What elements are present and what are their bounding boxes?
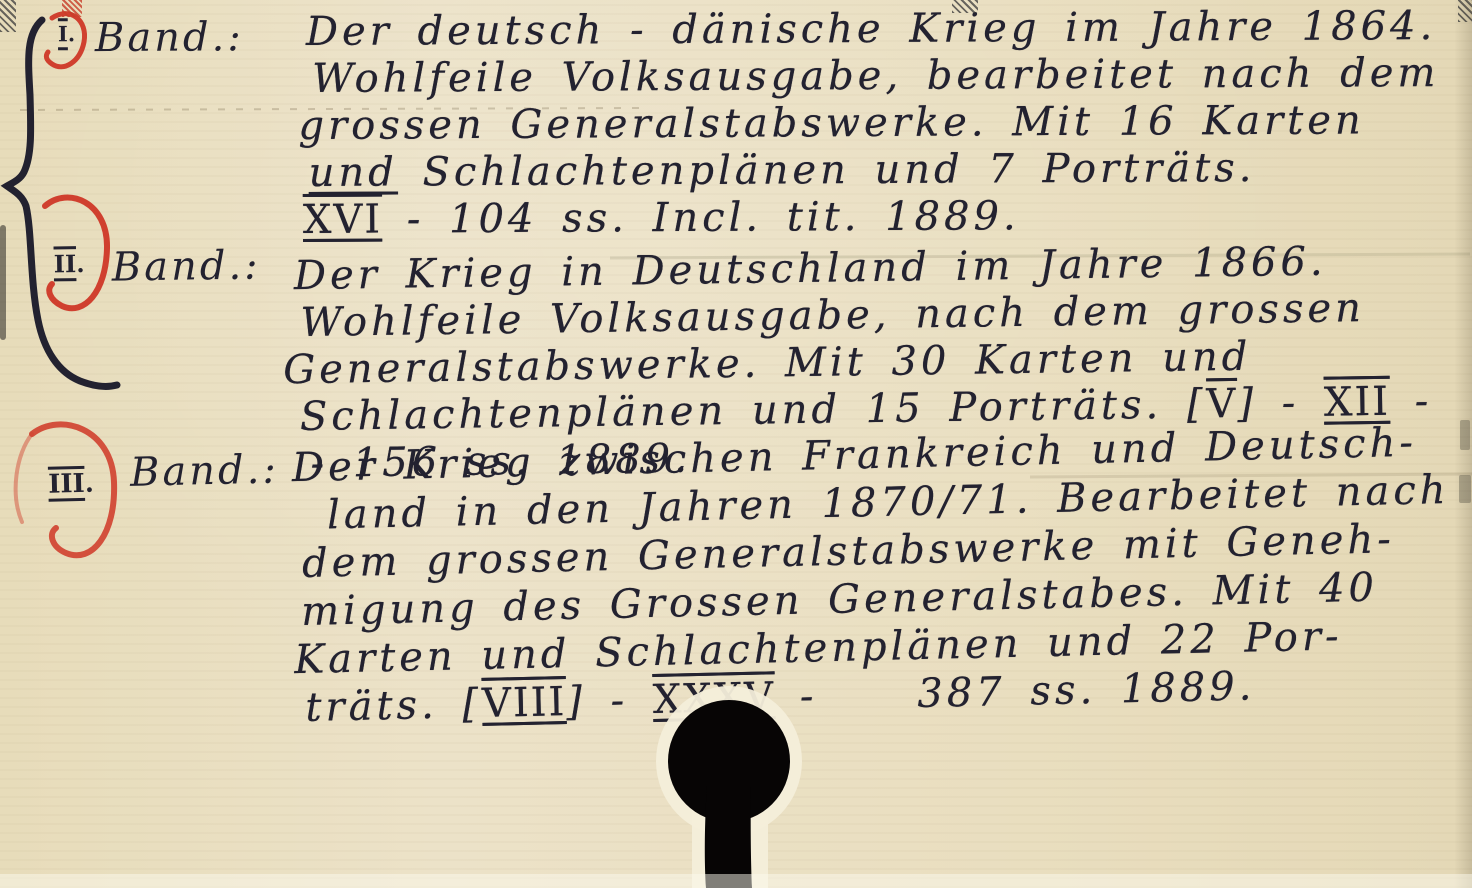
- text-segment: grossen Generalstabswerke. Mit 16 Karten: [298, 97, 1365, 149]
- punch-hole-text-gap: [818, 707, 918, 709]
- scan-artifact-red-hatch: [62, 0, 82, 17]
- handwritten-line: und Schlachtenplänen und 7 Porträts.: [309, 147, 1440, 200]
- roman-numeral-text: I: [58, 21, 68, 46]
- text-segment: 387 ss. 1889.: [917, 663, 1256, 717]
- band-label: Band.:: [95, 14, 244, 61]
- punch-hole-slot: [705, 786, 752, 888]
- roman-numeral-punct: .: [84, 469, 94, 499]
- roman-numeral-punct: .: [76, 249, 85, 278]
- text-segment: -: [1390, 378, 1433, 425]
- text-segment: -: [775, 673, 818, 720]
- text-segment: XXXV: [652, 674, 775, 723]
- text-segment: und: [309, 149, 398, 195]
- handwritten-line: grossen Generalstabswerke. Mit 16 Karten: [298, 100, 1439, 153]
- band-label: Band.:: [111, 243, 260, 291]
- text-segment: ] -: [566, 677, 654, 725]
- entry-text-lines: Der Krieg zwischen Frankreich und Deutsc…: [292, 422, 1455, 736]
- band-label: Band.:: [129, 446, 279, 495]
- edge-smudge: [1459, 475, 1471, 503]
- roman-numeral-punct: .: [68, 21, 75, 46]
- text-segment: ] -: [1237, 380, 1324, 427]
- roman-numeral-3: III.: [48, 469, 94, 500]
- entry-text-lines: Der deutsch - dänische Krieg im Jahre 18…: [306, 6, 1440, 247]
- red-circle-mark-3-faint-arc: [16, 434, 32, 522]
- text-segment: Schlachtenplänen und 7 Porträts.: [398, 145, 1256, 195]
- text-segment: VIII: [482, 679, 567, 727]
- roman-numeral-text: II: [54, 249, 77, 278]
- page-bottom-edge: [0, 874, 1472, 888]
- margin-ink-brace: [7, 20, 117, 386]
- text-segment: Wohlfeile Volksausgabe, bearbeitet nach …: [312, 50, 1439, 102]
- roman-numeral-1: I.: [58, 21, 75, 46]
- roman-numeral-2: II.: [54, 249, 85, 278]
- scan-artifact-hatch: [0, 0, 16, 32]
- text-segment: V: [1206, 381, 1238, 427]
- edge-smudge: [1460, 420, 1470, 450]
- catalog-card: I. Band.: Der deutsch - dänische Krieg i…: [0, 0, 1472, 888]
- roman-numeral-text: III: [48, 469, 85, 500]
- text-segment: XII: [1324, 379, 1391, 426]
- text-segment: XVI: [303, 197, 382, 243]
- text-segment: träts. [: [305, 681, 483, 731]
- scan-artifact-hatch: [952, 0, 978, 13]
- text-segment: Der deutsch - dänische Krieg im Jahre 18…: [306, 3, 1437, 55]
- edge-smudge: [0, 225, 6, 340]
- catalog-entry-band-1: I. Band.: Der deutsch - dänische Krieg i…: [0, 0, 1472, 2]
- text-segment: - 104 ss. Incl. tit. 1889.: [382, 193, 1020, 242]
